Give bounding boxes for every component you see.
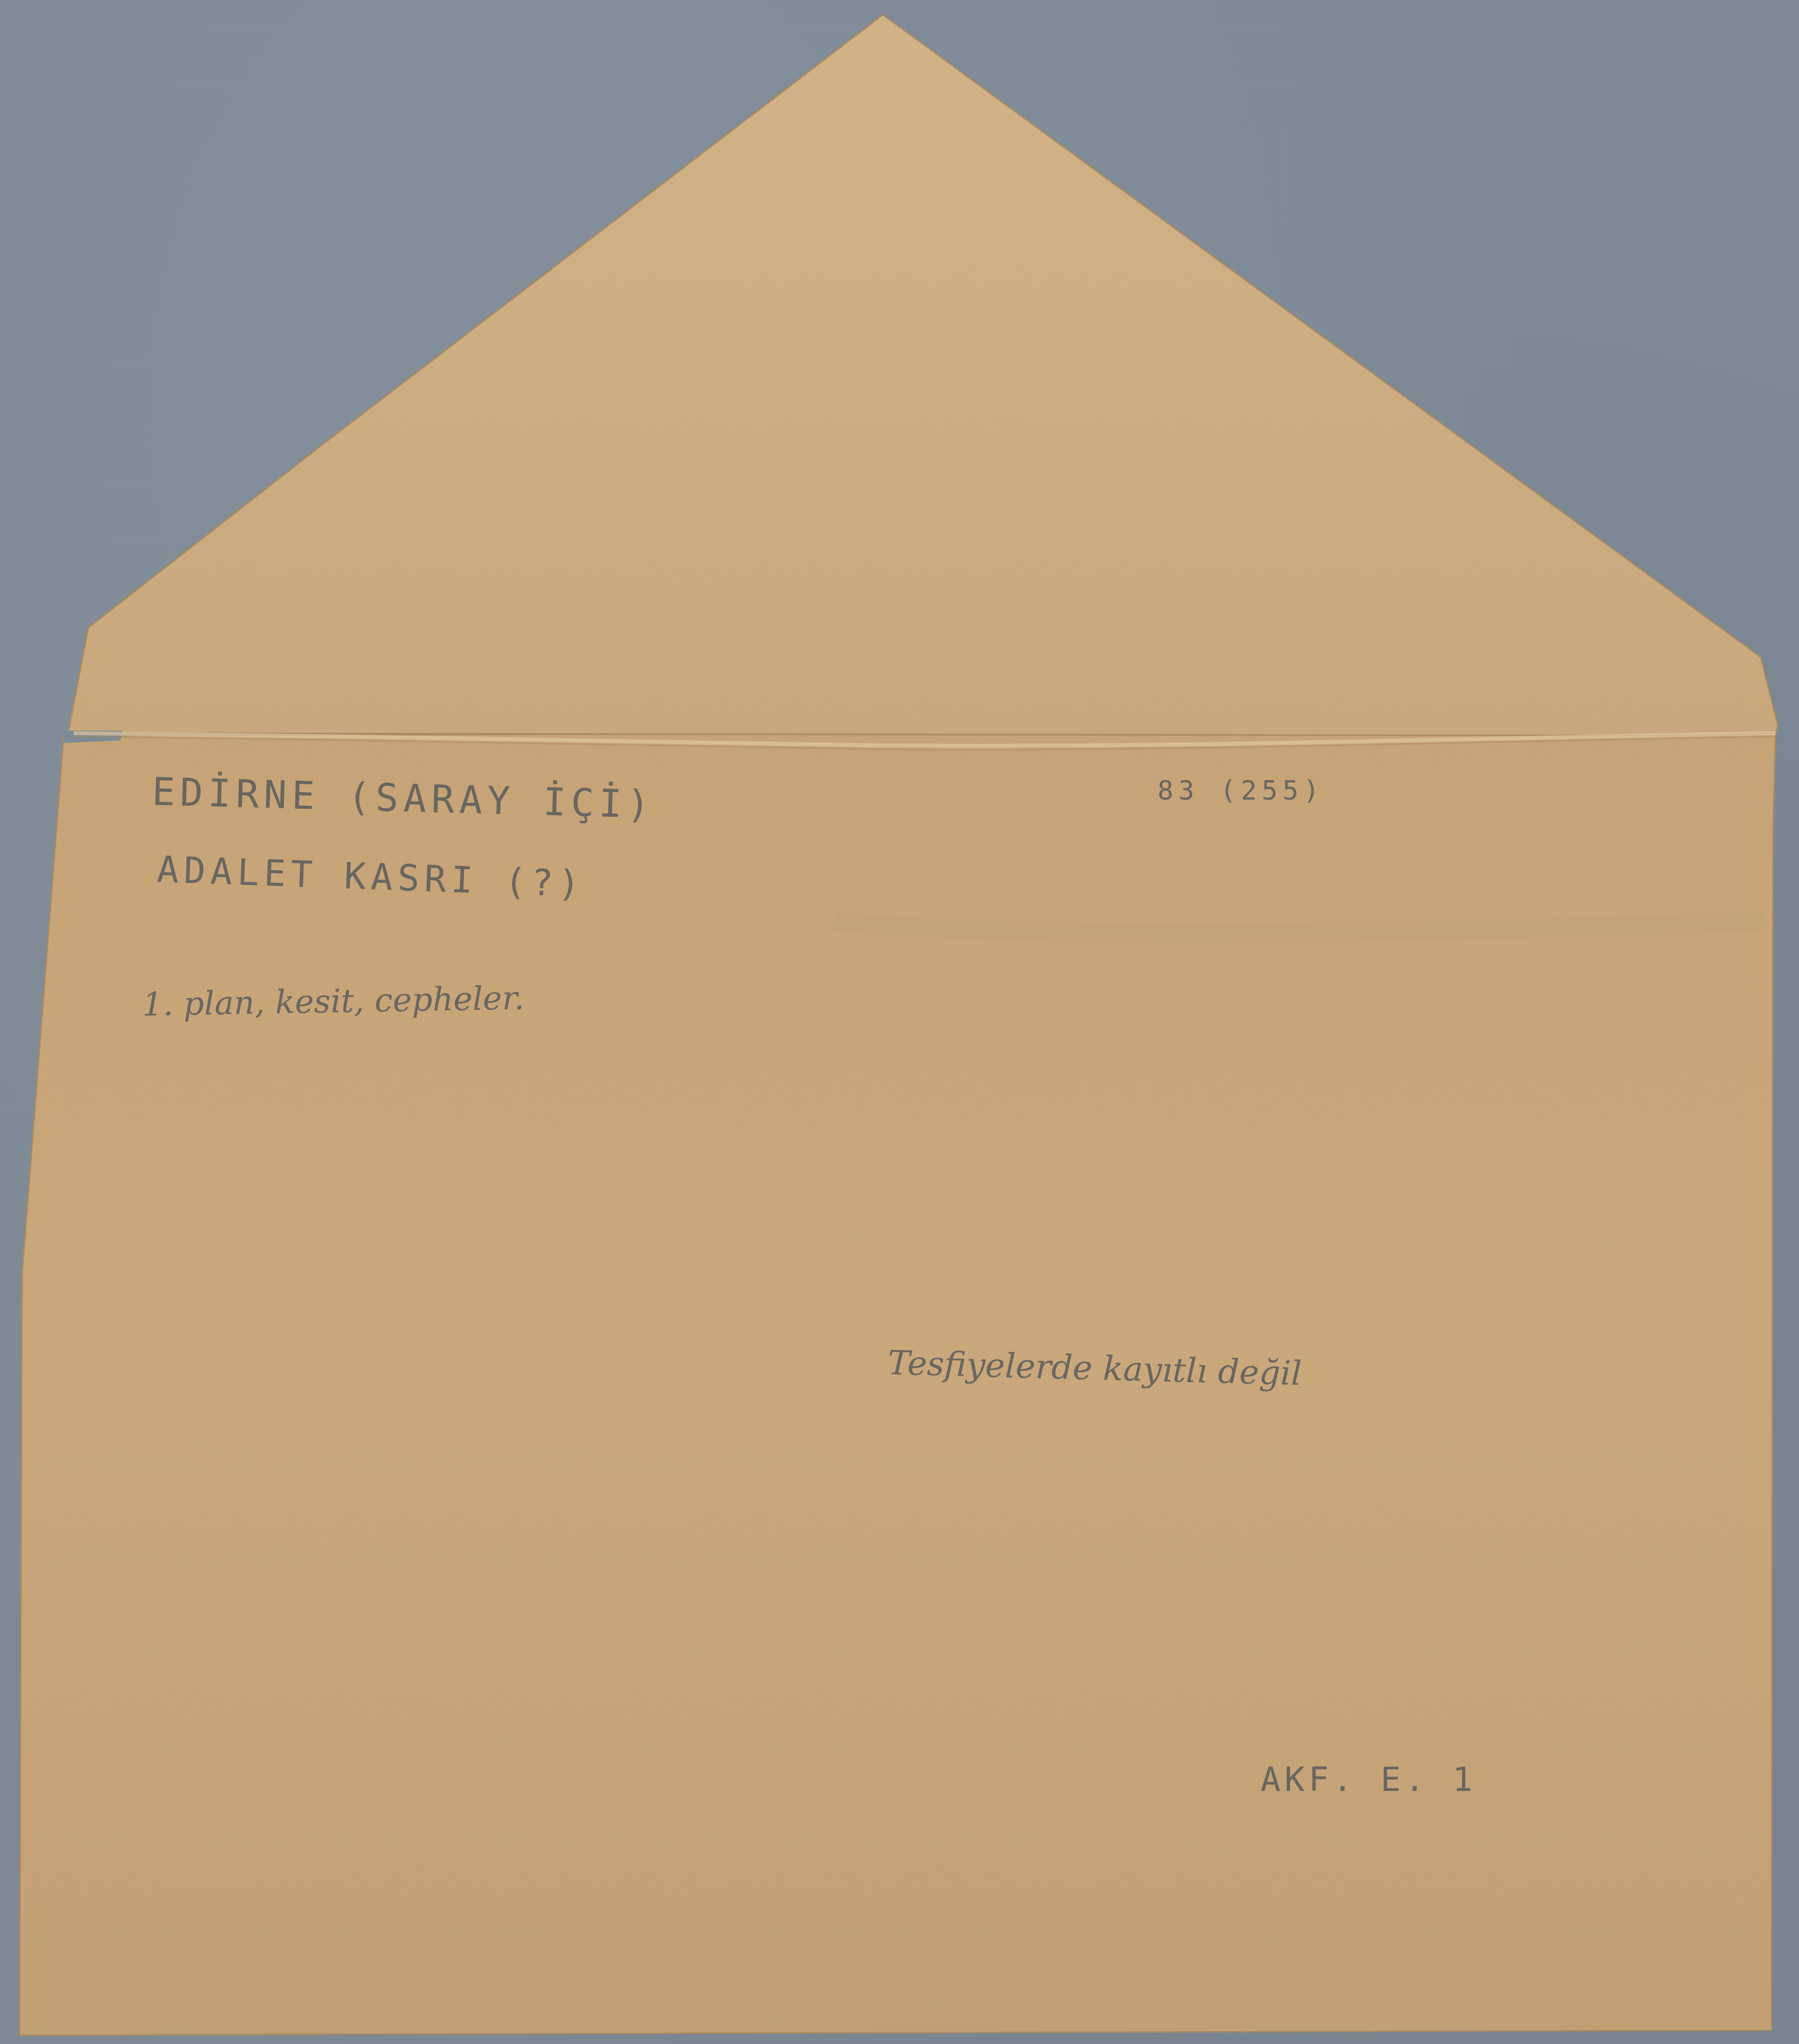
envelope	[0, 0, 1799, 2044]
archive-code: AKF. E. 1	[1260, 1761, 1476, 1799]
catalog-number: 83 (255)	[1157, 775, 1324, 806]
contents-note: 1. plan, kesit, cepheler.	[142, 979, 524, 1023]
envelope-flap	[64, 15, 1778, 743]
